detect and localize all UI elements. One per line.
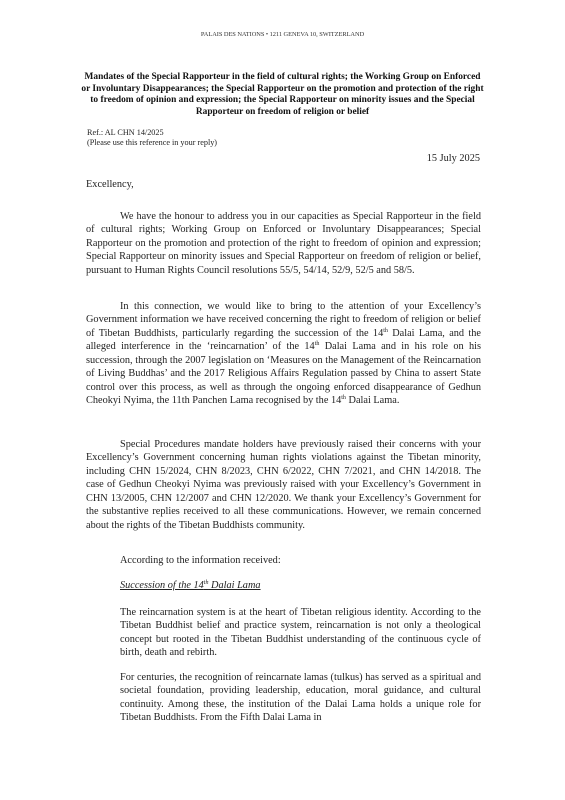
- letterhead: PALAIS DES NATIONS • 1211 GENEVA 10, SWI…: [0, 31, 565, 38]
- paragraph-information-received: In this connection, we would like to bri…: [86, 300, 481, 408]
- reference-block: Ref.: AL CHN 14/2025 (Please use this re…: [87, 128, 217, 149]
- text-segment: Dalai Lama.: [346, 395, 399, 406]
- paragraph-tulkus: For centuries, the recognition of reinca…: [120, 671, 481, 725]
- paragraph-according-to: According to the information received:: [120, 554, 481, 567]
- paragraph-mandates-capacity: We have the honour to address you in our…: [86, 210, 481, 277]
- reference-note: (Please use this reference in your reply…: [87, 138, 217, 148]
- letter-date: 15 July 2025: [427, 153, 480, 164]
- document-page: PALAIS DES NATIONS • 1211 GENEVA 10, SWI…: [0, 0, 565, 800]
- section-heading-succession: Succession of the 14th Dalai Lama: [120, 580, 261, 591]
- salutation: Excellency,: [86, 179, 134, 190]
- paragraph-reincarnation-system: The reincarnation system is at the heart…: [120, 606, 481, 660]
- text-segment: Dalai Lama: [208, 580, 260, 591]
- mandates-title: Mandates of the Special Rapporteur in th…: [80, 72, 485, 118]
- text-segment: Succession of the 14: [120, 580, 204, 591]
- reference-number: Ref.: AL CHN 14/2025: [87, 128, 217, 138]
- paragraph-previous-communications: Special Procedures mandate holders have …: [86, 438, 481, 532]
